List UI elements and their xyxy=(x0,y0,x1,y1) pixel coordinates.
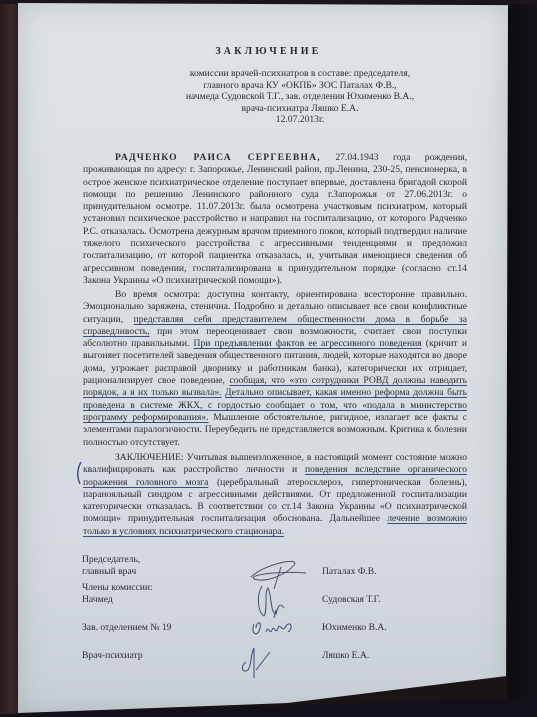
examination-paragraph: Во время осмотра: доступна контакту, ори… xyxy=(83,289,467,449)
patient-info-text: 27.04.1943 года рождения, проживающая по… xyxy=(83,152,467,286)
document-title: ЗАКЛЮЧЕНИЕ xyxy=(0,46,537,57)
signatory-role-deputy: Члены комиссии: Начмед xyxy=(82,582,262,606)
role-line: Члены комиссии: xyxy=(82,582,262,594)
patient-info-paragraph: РАДЧЕНКО РАИСА СЕРГЕЕВНА, 27.04.1943 год… xyxy=(83,152,467,287)
signatory-role-head: Зав. отделением № 19 xyxy=(82,622,262,634)
conclusion-paragraph: ЗАКЛЮЧЕНИЕ: Учитывая вышеизложенное, в н… xyxy=(83,452,467,538)
signatory-name-chair: Паталах Ф.В. xyxy=(322,566,442,578)
role-line: Председатель, xyxy=(82,554,262,566)
signatory-role-psychiatrist: Врач-психиатр xyxy=(82,650,262,662)
patient-name: РАДЧЕНКО РАИСА СЕРГЕЕВНА, xyxy=(115,152,321,163)
signatory-role-chair: Председатель, главный врач xyxy=(82,554,262,578)
handwritten-underline: При предъявлении фактов ее агрессивного … xyxy=(194,338,422,349)
preamble-line: комиссии врачей-психиатров в составе: пр… xyxy=(150,68,450,80)
handwritten-bracket-mark xyxy=(76,461,84,490)
role-line: Начмед xyxy=(82,594,262,606)
document-date: 12.07.2013г. xyxy=(150,114,450,126)
signatory-name-psychiatrist: Ляшко Е.А. xyxy=(322,650,442,662)
preamble-line: врача-психиатра Ляшко Е.А. xyxy=(150,103,450,115)
signatory-name-head: Юхименко В.А. xyxy=(322,622,442,634)
document: ЗАКЛЮЧЕНИЕ комиссии врачей-психиатров в … xyxy=(0,0,537,717)
preamble-line: начмеда Судовской Т.Г., зав. отделения Ю… xyxy=(150,91,450,103)
signature-psychiatrist xyxy=(238,640,278,685)
commission-preamble: комиссии врачей-психиатров в составе: пр… xyxy=(150,68,450,126)
role-line: главный врач xyxy=(82,566,262,578)
preamble-line: главного врача КУ «ОКПБ» ЗОС Паталах Ф.В… xyxy=(150,80,450,92)
signatory-name-deputy: Судовская Т.Г. xyxy=(322,594,442,606)
